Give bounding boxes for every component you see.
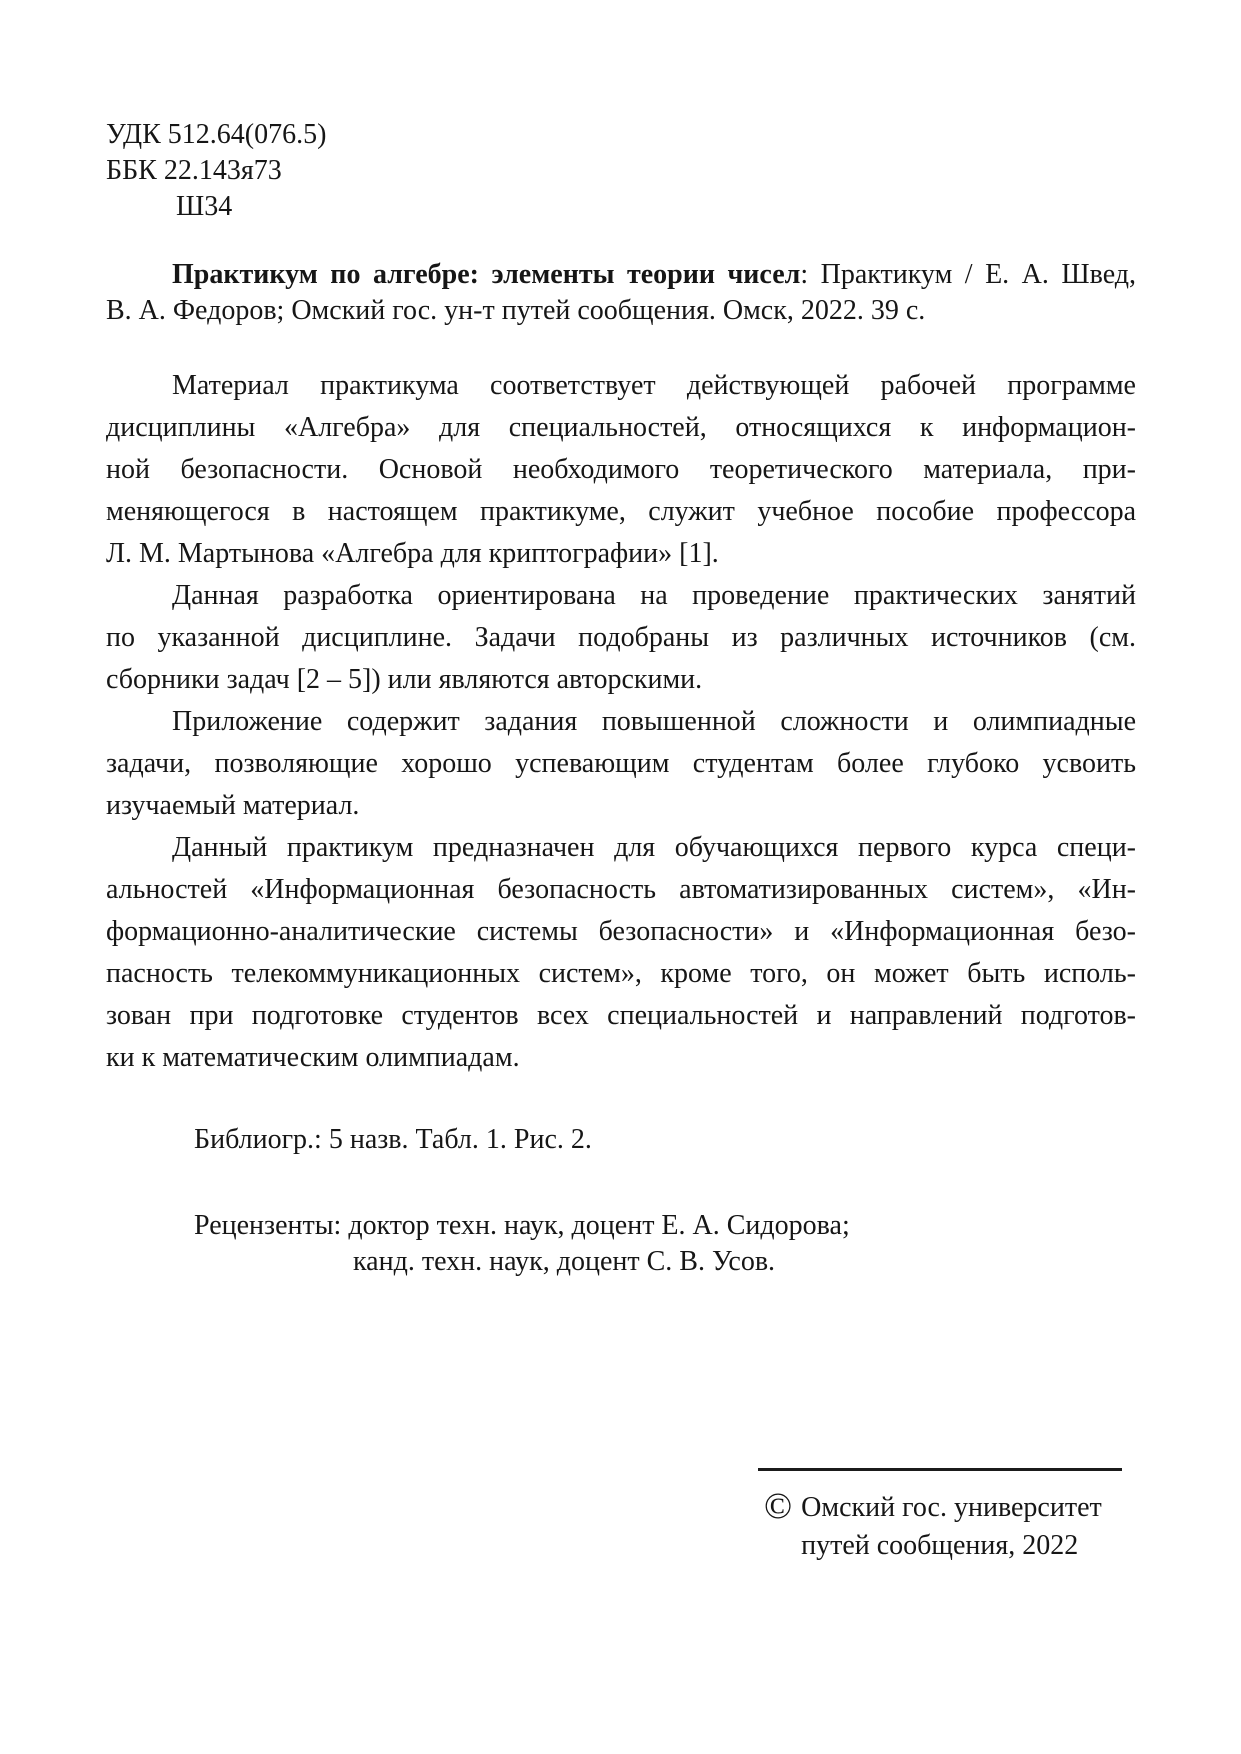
bib-title-rest: : Практикум / Е. А. Швед, [800,259,1136,290]
bbk-line: ББК 22.143я73 [106,153,1136,189]
paragraph-line: Материал практикума соответствует действ… [106,365,1136,407]
classification-block: УДК 512.64(076.5) ББК 22.143я73 Ш34 [106,117,1136,225]
annotation-text: Материал практикума соответствует действ… [106,365,1136,1079]
copyright-line-1: Омский гос. университет [801,1489,1102,1527]
paragraph-line: альностей «Информационная безопасность а… [106,869,1136,911]
paragraph-line: меняющегося в настоящем практикуме, служ… [106,491,1136,533]
copyright-line-2: путей сообщения, 2022 [801,1527,1102,1565]
paragraph-line: пасность телекоммуникационных систем», к… [106,953,1136,995]
document-page: УДК 512.64(076.5) ББК 22.143я73 Ш34 Прак… [0,0,1241,1754]
bib-line-2: В. А. Федоров; Омский гос. ун-т путей со… [106,293,1136,329]
paragraph-line: изучаемый материал. [106,785,1136,827]
reviewers-block: Рецензенты: доктор техн. наук, доцент Е.… [106,1208,1136,1280]
bibliographic-description: Практикум по алгебре: элементы теории чи… [106,257,1136,329]
paragraph-line: ки к математическим олимпиадам. [106,1037,1136,1079]
paragraph-line: задачи, позволяющие хорошо успевающим ст… [106,743,1136,785]
bib-line-1: Практикум по алгебре: элементы теории чи… [106,257,1136,293]
reviewer-line-1: Рецензенты: доктор техн. наук, доцент Е.… [106,1208,1136,1244]
paragraph-line: Л. М. Мартынова «Алгебра для криптографи… [106,533,1136,575]
paragraph-line: по указанной дисциплине. Задачи подобран… [106,617,1136,659]
paragraph-line: Данный практикум предназначен для обучаю… [106,827,1136,869]
copyright-block: © Омский гос. университет путей сообщени… [758,1468,1122,1565]
reviewer-line-2: канд. техн. наук, доцент С. В. Усов. [106,1244,1136,1280]
paragraph-line: сборники задач [2 – 5]) или являются авт… [106,659,1136,701]
bib-title-bold: Практикум по алгебре: элементы теории чи… [172,259,800,290]
author-sign-line: Ш34 [106,189,1136,225]
paragraph-line: формационно-аналитические системы безопа… [106,911,1136,953]
paragraph-line: ной безопасности. Основой необходимого т… [106,449,1136,491]
paragraph-line: дисциплины «Алгебра» для специальностей,… [106,407,1136,449]
copyright-symbol-icon: © [764,1488,792,1526]
paragraph-line: зован при подготовке студентов всех спец… [106,995,1136,1037]
bibliography-note: Библиогр.: 5 назв. Табл. 1. Рис. 2. [106,1119,1136,1161]
paragraph-line: Данная разработка ориентирована на прове… [106,575,1136,617]
bibliography-line: Библиогр.: 5 назв. Табл. 1. Рис. 2. [106,1119,1136,1161]
paragraph-line: Приложение содержит задания повышенной с… [106,701,1136,743]
copyright-text: Омский гос. университет путей сообщения,… [801,1489,1102,1565]
udc-line: УДК 512.64(076.5) [106,117,1136,153]
